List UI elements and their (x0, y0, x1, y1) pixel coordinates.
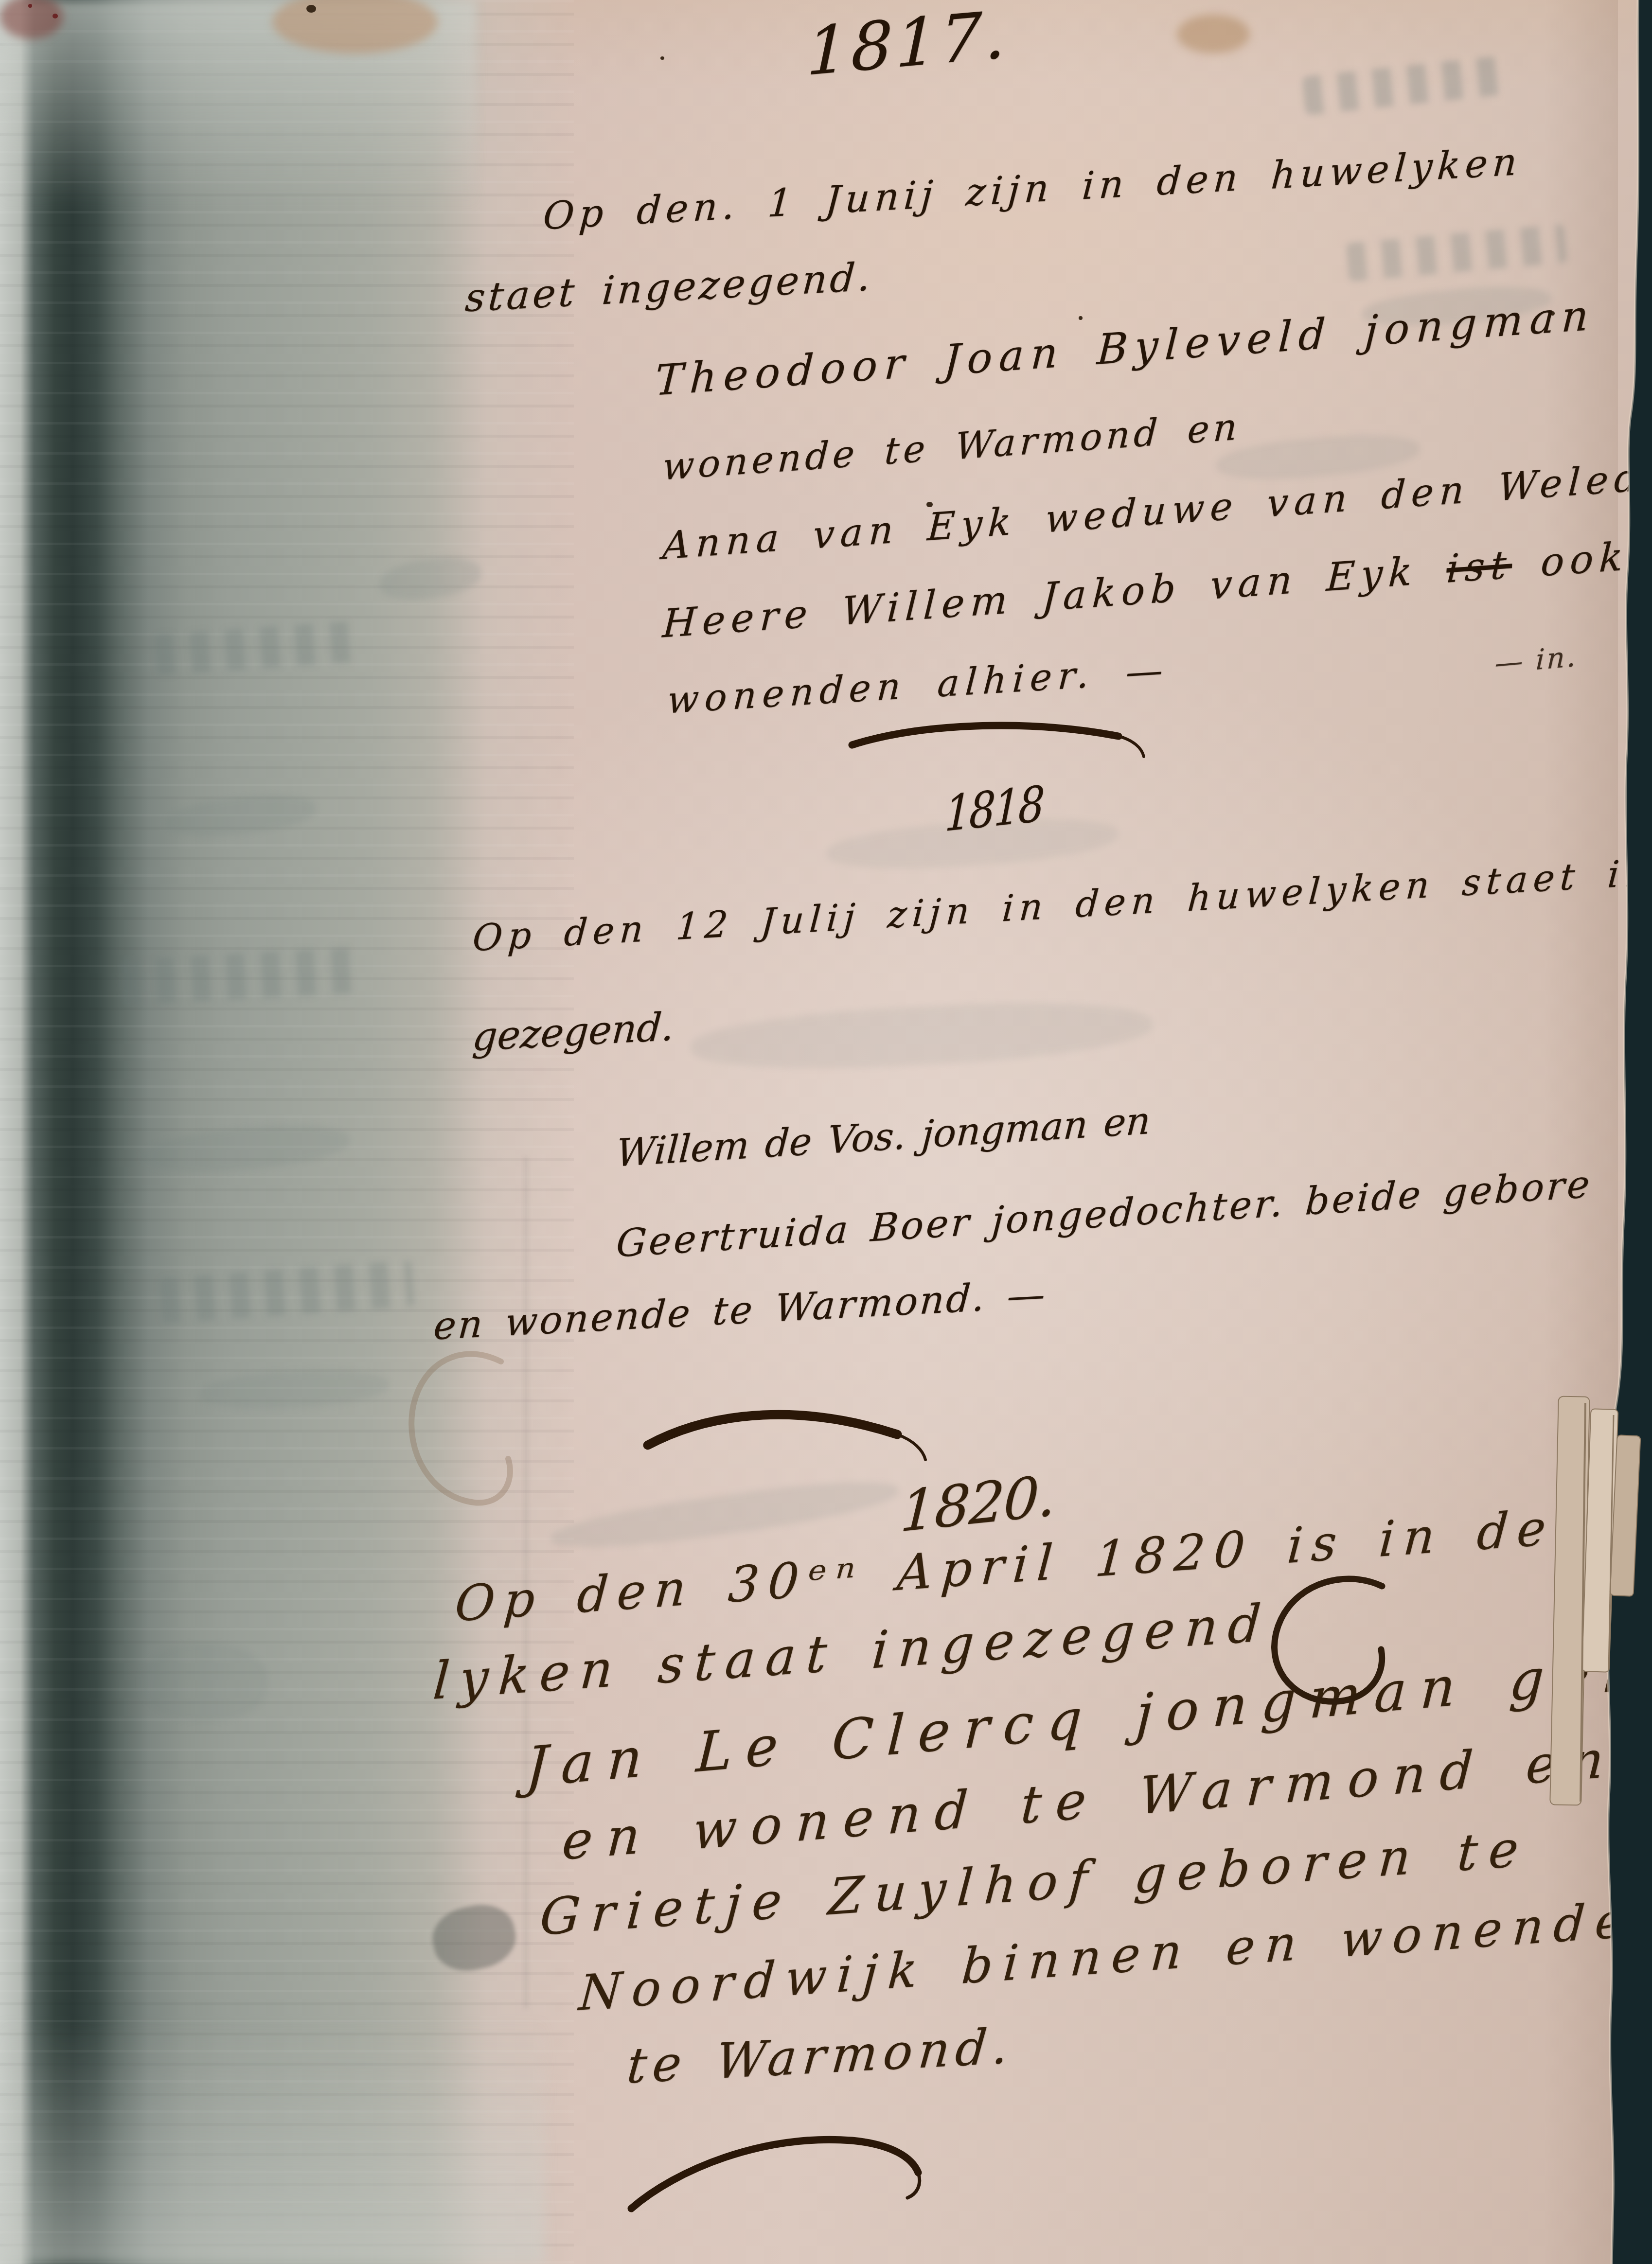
year-heading-1820: 1820. (899, 1463, 1057, 1545)
entry-1817-line-6-struck-word: ist (1445, 542, 1513, 592)
bleed-through-mark (1346, 224, 1567, 282)
gutter-highlight-top (0, 0, 477, 209)
bleed-through-mark (690, 994, 1154, 1077)
bleed-through-mark (1302, 55, 1514, 116)
entry-1818-line-3-groom-name: Willem de Vos. jongman en (615, 1099, 1152, 1176)
scanned-register-page: 1817. Op den. 1 Junij zijn in den huwely… (0, 0, 1652, 2264)
book-gutter-shadow (0, 0, 574, 2264)
entry-1820-line-7: te Warmond. (625, 2017, 1016, 2094)
bleed-through-mark (549, 1471, 901, 1558)
entry-1817-line-7: wonenden alhier. — (666, 648, 1170, 722)
entry-1817-line-6-post: ook (1511, 533, 1630, 587)
year-heading-1818: 1818 (944, 775, 1044, 843)
entry-1818-line-4-bride-name: Geertruida Boer jongedochter. beide gebo… (615, 1162, 1593, 1266)
entry-1817-line-4: wonende te Warmond en (661, 405, 1242, 489)
entry-1817-line-1: Op den. 1 Junij zijn in den huwelyken (542, 140, 1523, 239)
gutter-highlight-bottom (0, 2018, 545, 2264)
year-heading-1817: 1817. (806, 0, 1009, 90)
entry-1817-line-3-groom-name: Theodoor Joan Byleveld jongman (654, 291, 1597, 406)
ink-speck (1079, 316, 1083, 320)
divider-flourish-1817 (852, 725, 1144, 757)
entry-1818-line-1: Op den 12 Julij zijn in den huwelyken st… (471, 849, 1652, 959)
ink-speck (660, 56, 664, 60)
divider-flourish-1820 (648, 1415, 925, 1460)
closing-swash-flourish (631, 2140, 920, 2209)
entry-1817-line-6-pre: Heere Willem Jakob van Eyk (661, 546, 1448, 646)
paper-stain (1177, 15, 1250, 53)
